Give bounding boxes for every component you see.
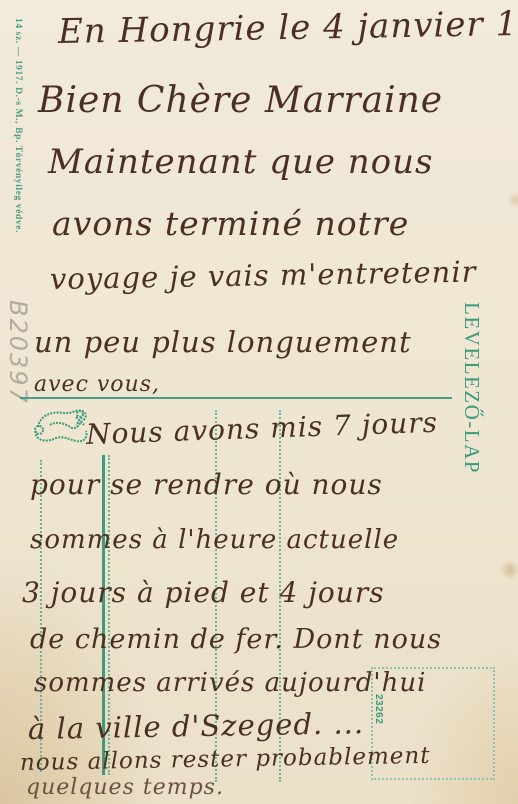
handwritten-line: à la ville d'Szeged. ... (28, 706, 365, 746)
handwritten-line: pour se rendre où nous (30, 468, 383, 501)
postcard-back: 14 sz. — 1917. D.-s M., Bp. Törvényileg … (0, 0, 518, 804)
handwritten-line: nous allons rester probablement (20, 743, 431, 776)
handwritten-line: de chemin de fer. Dont nous (30, 624, 442, 655)
handwritten-line: Maintenant que nous (48, 142, 433, 182)
handwritten-line: sommes arrivés aujourd'hui (34, 668, 426, 698)
handwritten-line: quelques temps. (26, 775, 224, 800)
address-divider-line (20, 397, 452, 399)
pencil-annotation: B20397 (4, 300, 32, 405)
handwritten-line: voyage je vais m'entretenir (50, 255, 477, 296)
handwritten-line: sommes à l'heure actuelle (30, 525, 399, 555)
stamp-box-number: 23262 (373, 694, 384, 724)
handwritten-line: Bien Chère Marraine (38, 80, 443, 121)
handwritten-line: 3 jours à pied et 4 jours (22, 576, 385, 609)
handwritten-line: avons terminé notre (52, 204, 409, 243)
postcard-title: LEVELEZŐ-LAP (459, 302, 484, 474)
handwritten-line: avec vous, (34, 372, 160, 397)
handwritten-line: En Hongrie le 4 janvier 1919 (58, 3, 518, 52)
handwritten-line: Nous avons mis 7 jours (85, 406, 438, 451)
publisher-line: 14 sz. — 1917. D.-s M., Bp. Törvényileg … (13, 18, 23, 233)
handwritten-line: un peu plus longuement (34, 325, 412, 359)
